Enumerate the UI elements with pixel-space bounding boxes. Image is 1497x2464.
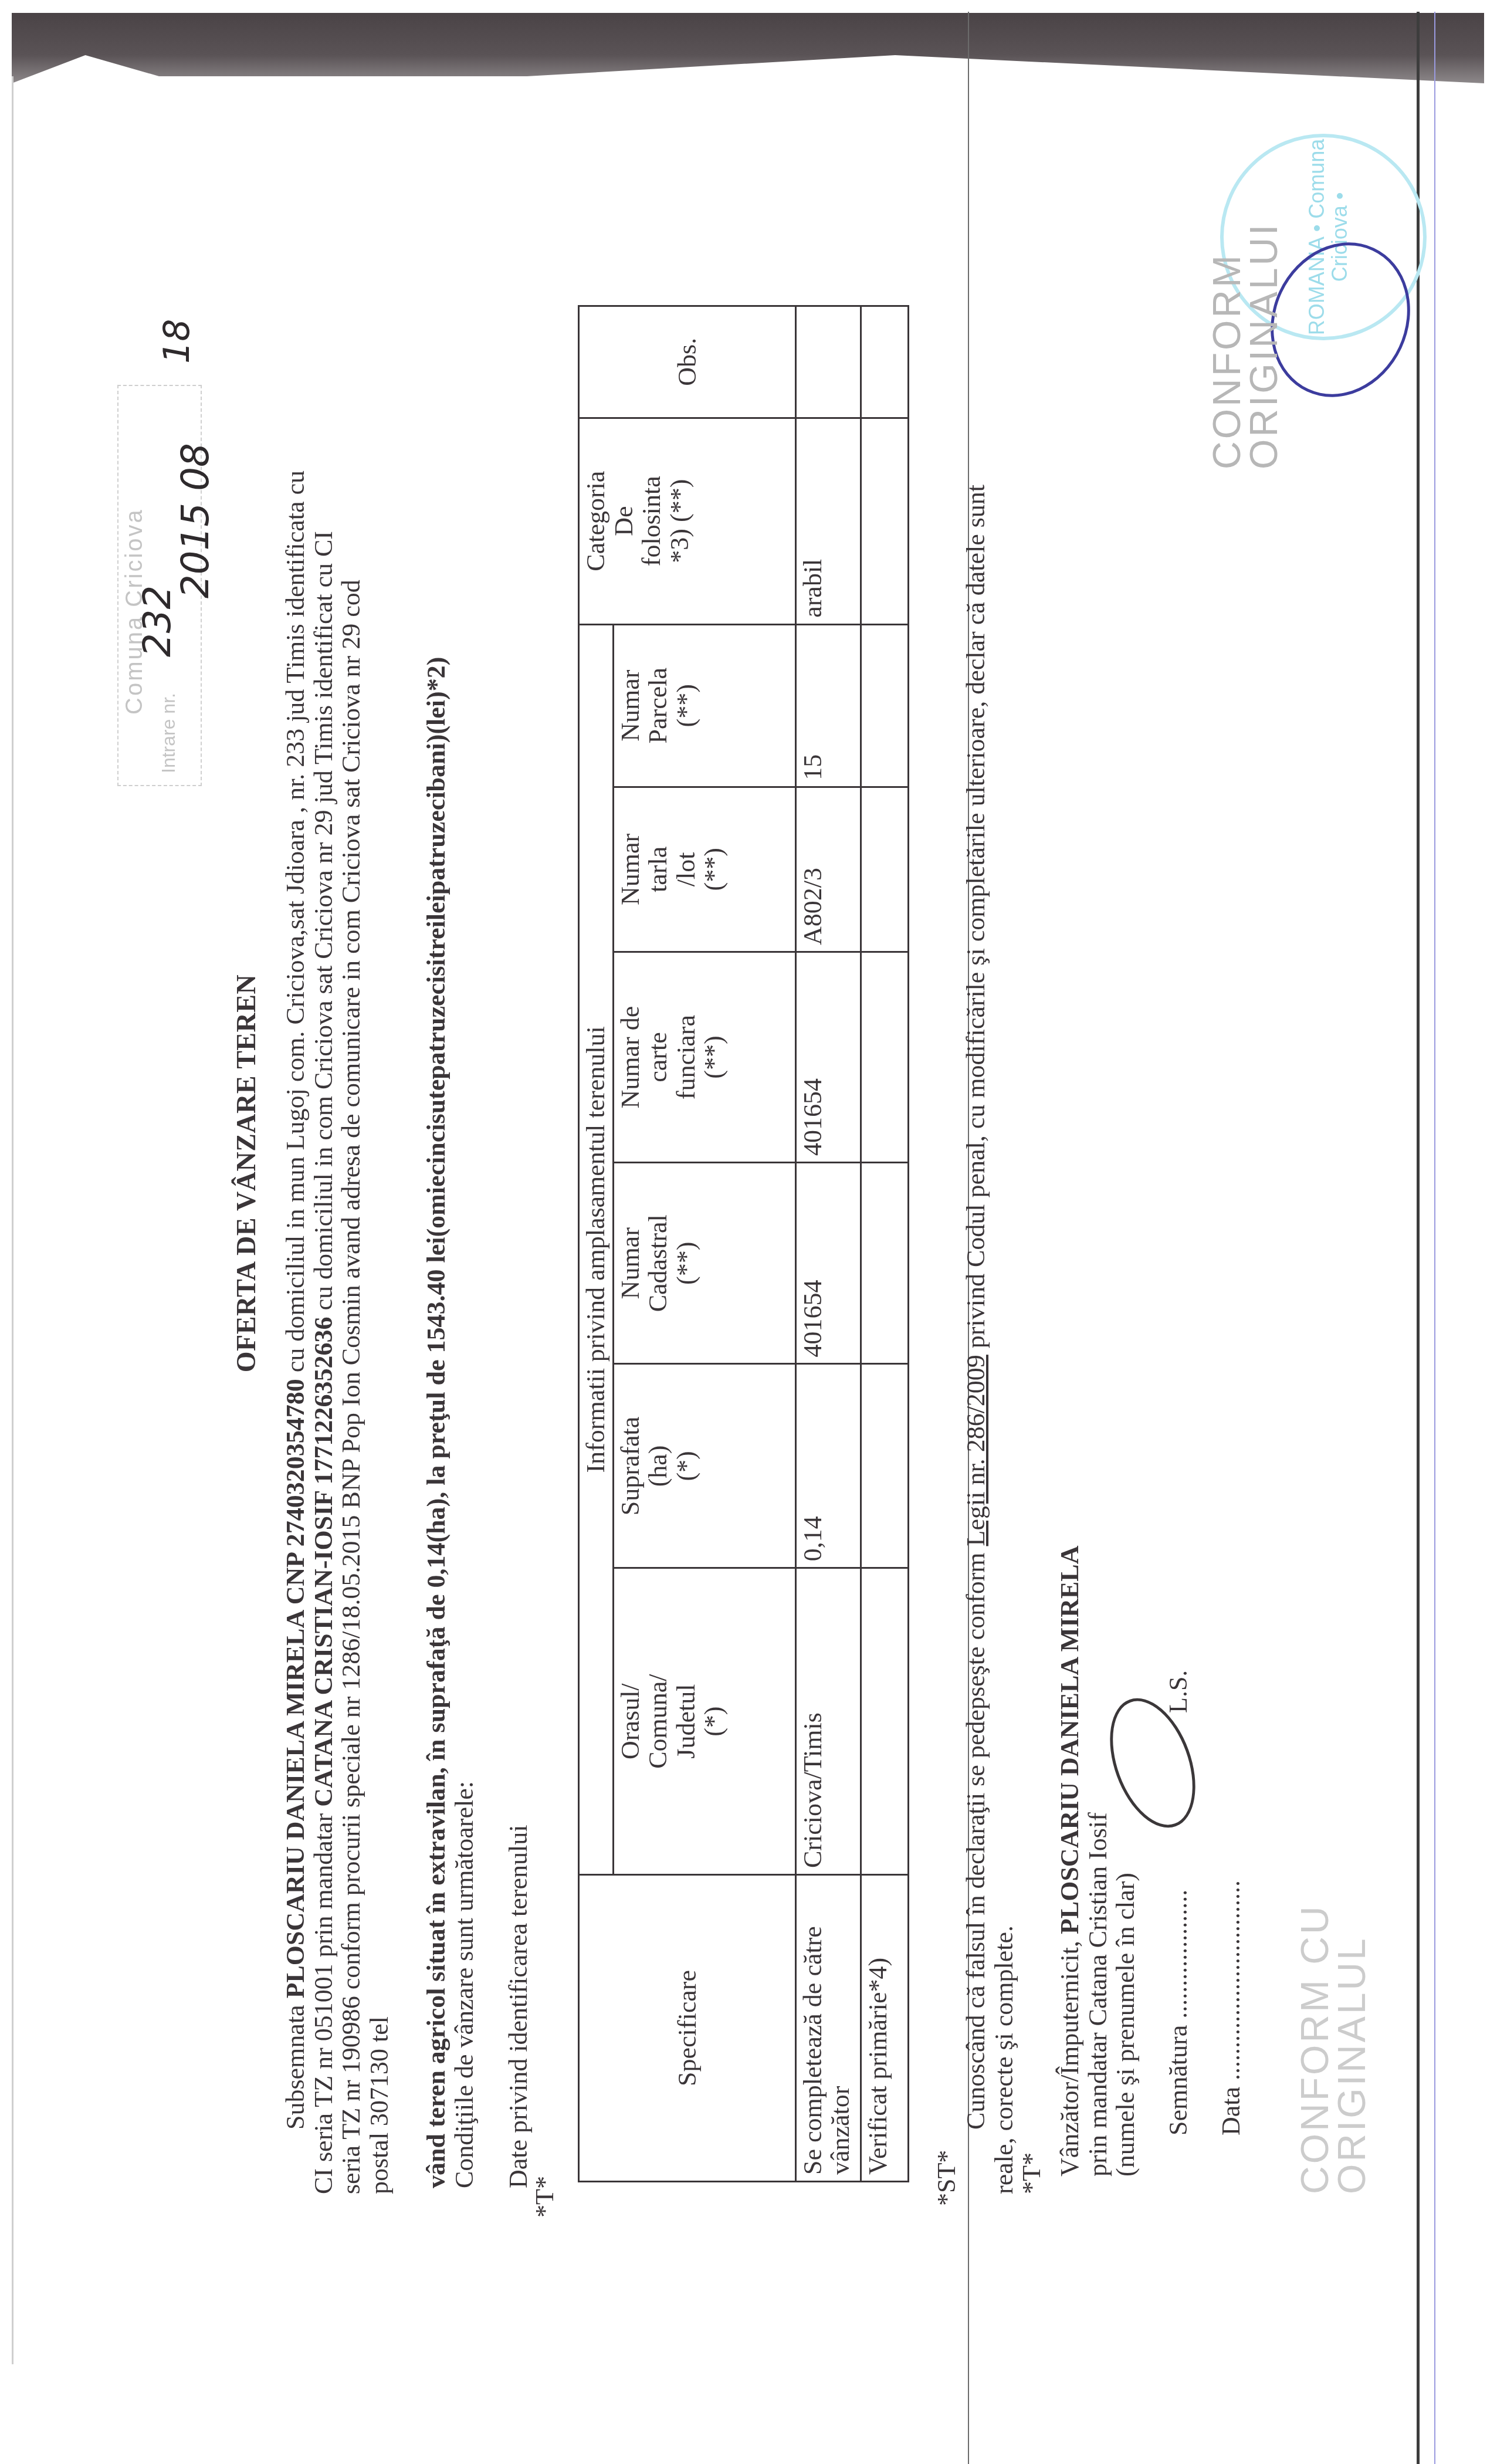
header-line: (*) xyxy=(700,1575,728,1868)
date-field: Data ............................... xyxy=(1217,1880,1245,2135)
header-line: funciara xyxy=(672,959,700,1156)
header-line: /lot xyxy=(672,794,700,945)
header-line: folosinta xyxy=(638,425,666,618)
header-line: (ha) xyxy=(644,1371,672,1562)
row-label: Verificat primărie*4) xyxy=(861,1875,908,2182)
cell-area: 0,14 xyxy=(795,1364,861,1568)
scanned-document-page: Comuna Criciova Intrare nr. 232 2015 08 … xyxy=(0,0,1497,2464)
intro-line: seria TZ nr 190986 conform procurii spec… xyxy=(337,258,365,2194)
header-land-book: Numar de carte funciara (**) xyxy=(613,952,795,1163)
conform-original-stamp: CONFORM ORIGINALUI xyxy=(1208,222,1282,469)
cell-parcel: 15 xyxy=(795,624,861,787)
header-line: Numar xyxy=(617,631,645,780)
law-reference-link[interactable]: Legii nr. 286/2009 xyxy=(961,1355,990,1546)
registration-date: 2015 08 xyxy=(176,443,216,598)
cell-obs xyxy=(795,306,861,418)
cell-locality xyxy=(861,1568,908,1875)
land-data-label: Date privind identificarea terenului xyxy=(504,1825,533,2188)
header-line: tarla xyxy=(644,794,672,945)
signature-field: Semnătura .................... xyxy=(1164,1890,1193,2135)
declaration-paragraph: Cunoscând că falsul în declaraţii se ped… xyxy=(962,199,1046,2194)
header-line: Parcela xyxy=(644,631,672,780)
seller-name: PLOSCARIU DANIELA MIRELA xyxy=(1055,1546,1084,1935)
intro-text: cu domiciliul in mun Lugoj com. Criciova… xyxy=(281,471,310,1379)
stamp-line: ORIGINALUL xyxy=(1333,1904,1370,2194)
conform-original-stamp-partial: CONFORM CU ORIGINALUL xyxy=(1296,1904,1370,2194)
cell-parcel xyxy=(861,624,908,787)
header-line: (**) xyxy=(672,1169,700,1357)
header-line: (**) xyxy=(700,959,728,1156)
cell-category: arabil xyxy=(795,418,861,624)
intro-line: Subsemnata PLOSCARIU DANIELA MIRELA CNP … xyxy=(282,258,310,2194)
cell-obs xyxy=(861,306,908,418)
row-label: Se completează de către vânzător xyxy=(795,1875,861,2182)
registration-stamp-label: Intrare nr. xyxy=(158,693,179,773)
header-line: (**) xyxy=(672,631,700,780)
intro-line: CI seria TZ nr 051001 prin mandatar CATA… xyxy=(310,258,338,2194)
land-identification-table: Specificare Informatii privind amplasame… xyxy=(578,305,909,2182)
header-line: Suprafata xyxy=(617,1371,645,1562)
cell-cadastral xyxy=(861,1163,908,1364)
header-line: Categoria xyxy=(582,425,610,618)
cell-area xyxy=(861,1364,908,1568)
seller-block: Vânzător/Împuternicit, PLOSCARIU DANIELA… xyxy=(1056,1546,1140,2177)
document-title: OFERTA DE VÂNZARE TEREN xyxy=(232,763,261,1584)
header-line: Numar de xyxy=(617,959,645,1156)
cell-tarla xyxy=(861,787,908,952)
handwritten-page-number: 18 xyxy=(158,319,197,364)
stamp-line: CONFORM xyxy=(1208,222,1245,469)
table-row: Verificat primărie*4) xyxy=(861,306,908,2182)
ls-label: L.S. xyxy=(1164,1670,1193,1713)
intro-text: CI seria TZ nr 051001 prin mandatar xyxy=(309,1807,338,2194)
table-row: Se completează de către vânzător Criciov… xyxy=(795,306,861,2182)
mandate-line: prin mandatar Catana Cristian Iosif xyxy=(1084,1546,1112,2177)
mandatary-identity: CATANA CRISTIAN-IOSIF 1771226352636 xyxy=(309,1316,338,1806)
header-tarla: Numar tarla /lot (**) xyxy=(613,787,795,952)
table-header-row: Specificare Informatii privind amplasame… xyxy=(579,306,614,2182)
header-line: De xyxy=(610,425,638,618)
header-line: carte xyxy=(644,959,672,1156)
cell-land-book xyxy=(861,952,908,1163)
header-line: (**) xyxy=(700,794,728,945)
declaration-text: privind Codul penal, cu modificările şi … xyxy=(961,485,990,1355)
header-category: Categoria De folosinta *3) (**) xyxy=(579,418,796,624)
declaration-line: Cunoscând că falsul în declaraţii se ped… xyxy=(962,199,990,2194)
intro-text: cu domiciliul in com Criciova sat Cricio… xyxy=(309,531,338,1316)
cell-land-book: 401654 xyxy=(795,952,861,1163)
intro-paragraph: Subsemnata PLOSCARIU DANIELA MIRELA CNP … xyxy=(282,258,393,2194)
header-line: Judetul xyxy=(672,1575,700,1868)
offer-paragraph: vând teren agricol situat în extravilan,… xyxy=(422,252,478,2188)
header-specificare: Specificare xyxy=(579,1875,796,2182)
st-marker: *ST* xyxy=(933,2150,961,2206)
t-marker: *T* xyxy=(531,2176,559,2218)
header-line: Comuna/ xyxy=(644,1575,672,1868)
conditions-line: Condiţiile de vânzare sunt următoarele: xyxy=(451,252,479,2188)
cell-locality: Criciova/Timis xyxy=(795,1568,861,1875)
header-line: Numar xyxy=(617,794,645,945)
header-line: Orasul/ xyxy=(617,1575,645,1868)
name-hint: (numele şi prenumele în clar) xyxy=(1112,1546,1140,2177)
header-line: Cadastral xyxy=(644,1169,672,1357)
header-line: Numar xyxy=(617,1169,645,1357)
cell-category xyxy=(861,418,908,624)
header-locality: Orasul/ Comuna/ Judetul (*) xyxy=(613,1568,795,1875)
cell-tarla: A802/3 xyxy=(795,787,861,952)
cell-cadastral: 401654 xyxy=(795,1163,861,1364)
header-line: *3) (**) xyxy=(666,425,694,618)
header-location-group: Informatii privind amplasamentul terenul… xyxy=(579,624,614,1874)
registration-number: 232 xyxy=(138,585,178,657)
declaration-line: reale, corecte şi complete. xyxy=(990,199,1018,2194)
seller-label: Vânzător/Împuternicit, xyxy=(1055,1934,1084,2177)
seller-line: Vânzător/Împuternicit, PLOSCARIU DANIELA… xyxy=(1056,1546,1084,2177)
header-obs: Obs. xyxy=(579,306,796,418)
t-marker: *T* xyxy=(1018,199,1046,2194)
header-parcel: Numar Parcela (**) xyxy=(613,624,795,787)
seller-identity: PLOSCARIU DANIELA MIRELA CNP 27403203547… xyxy=(281,1379,310,1998)
offer-line: vând teren agricol situat în extravilan,… xyxy=(422,252,451,2188)
header-cadastral: Numar Cadastral (**) xyxy=(613,1163,795,1364)
header-line: (*) xyxy=(672,1371,700,1562)
declaration-text: Cunoscând că falsul în declaraţii se ped… xyxy=(961,1546,990,2130)
intro-text: Subsemnata xyxy=(281,1998,310,2130)
stamp-line: CONFORM CU xyxy=(1296,1904,1333,2194)
header-area: Suprafata (ha) (*) xyxy=(613,1364,795,1568)
intro-line: postal 307130 tel xyxy=(365,258,394,2194)
stamp-line: ORIGINALUI xyxy=(1245,222,1282,469)
